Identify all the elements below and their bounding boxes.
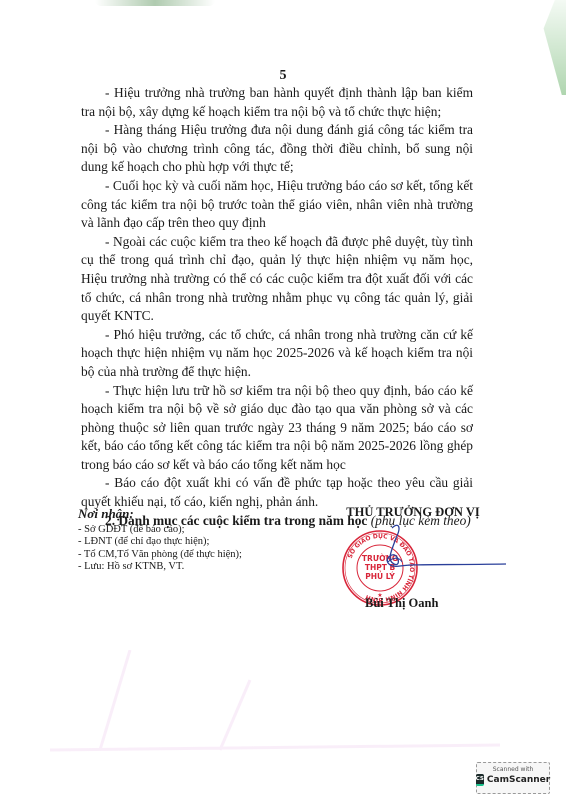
watermark-brand: CS CamScanner (477, 774, 549, 786)
recipients-block: Nơi nhận: - Sở GDĐT (để báo cáo); - LĐNT… (78, 508, 308, 574)
recipients-title: Nơi nhận: (78, 508, 308, 521)
watermark-brand-name: CamScanner (487, 775, 550, 785)
paragraph-record-keeping: - Thực hiện lưu trữ hồ sơ kiểm tra nội b… (81, 382, 473, 475)
paragraph-unscheduled-inspection: - Ngoài các cuộc kiểm tra theo kế hoạch … (81, 233, 473, 326)
camscanner-logo-icon: CS (476, 774, 484, 786)
recipient-item: - Tổ CM,Tổ Văn phòng (để thực hiện); (78, 549, 308, 562)
handwritten-signature-icon (380, 520, 510, 580)
signer-name: Bùi Thị Oanh (365, 596, 438, 611)
recipient-item: - Lưu: Hồ sơ KTNB, VT. (78, 561, 308, 574)
faint-bleedthrough-mark (50, 650, 500, 760)
watermark-top-line: Scanned with (477, 766, 549, 773)
paragraph-monthly-review: - Hàng tháng Hiệu trưởng đưa nội dung đá… (81, 121, 473, 177)
paragraph-principal-decision: - Hiệu trưởng nhà trường ban hành quyết … (81, 84, 473, 121)
camscanner-watermark: Scanned with CS CamScanner (476, 762, 550, 794)
scan-edge-shadow-top (95, 0, 215, 6)
signature-block: THỦ TRƯỞNG ĐƠN VỊ (318, 505, 508, 520)
recipient-item: - Sở GDĐT (để báo cáo); (78, 524, 308, 537)
signature-title: THỦ TRƯỞNG ĐƠN VỊ (318, 505, 508, 520)
document-body: - Hiệu trưởng nhà trường ban hành quyết … (81, 84, 473, 530)
paragraph-semester-report: - Cuối học kỳ và cuối năm học, Hiệu trưở… (81, 177, 473, 233)
page-number: 5 (0, 68, 566, 84)
recipient-item: - LĐNT (để chỉ đạo thực hiện); (78, 536, 308, 549)
paragraph-vice-principal: - Phó hiệu trưởng, các tổ chức, cá nhân … (81, 326, 473, 382)
